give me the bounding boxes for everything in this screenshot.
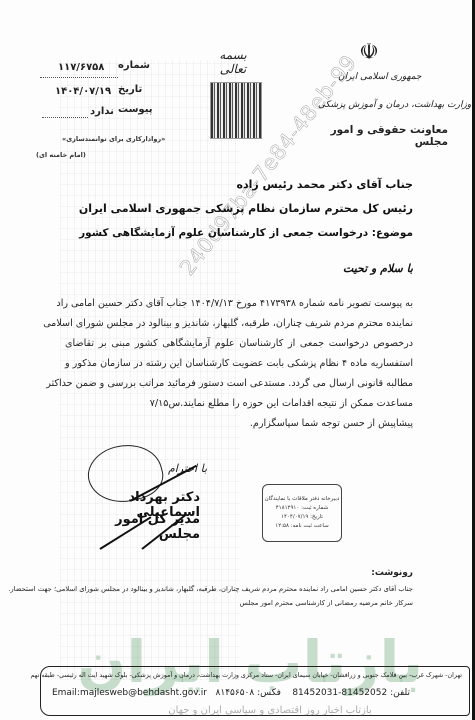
cc-line: جناب آقای دکتر حسین امامی راد نماینده مح… [8,585,413,593]
slogan: «روادارکاری برای توانمندسازی» [62,135,165,143]
letter-body: به پیوست تصویر نامه شماره ۴۱۷۳۹۳۸ مورخ ۱… [65,294,413,394]
slogan-attribution: (امام خامنه ای) [36,151,86,159]
stamp-line: تاریخ: ۱۴۰۴/۰۷/۱۹ [263,513,341,522]
ministry-name: وزارت بهداشت، درمان و آموزش پزشکی [318,100,471,110]
greeting: با سلام و تحیت [53,262,413,275]
body-line: به پیوست تصویر نامه شماره ۴۱۷۳۹۳۸ مورخ ۱… [65,294,413,314]
cc-line: سرکار خانم مرضیه رمضانی از کارشناسی محتر… [239,599,413,607]
site-watermark-tagline: بازتاب اخبار روز اقتصادی و سیاسی ایران و… [140,705,400,716]
body-closing-line: پیشاپیش از حسن توجه شما سپاسگزارم. [250,418,413,429]
footer-contact: تلفن: 81452031-81452052 فکس: ۸۱۴۵۶۵۰۸ Em… [100,688,410,698]
attachment-value: ندارد [90,106,114,117]
fax-label: فکس: [257,688,281,698]
qr-code [210,82,262,139]
body-line: مطالبه قانونی ارسال می گردد. مستدعی است … [65,374,413,394]
date-label: تاریخ [118,84,142,95]
footer-address: تهران- شهرک غرب- بین فلامک جنوبی و زرافش… [48,672,462,679]
bismillah: بسمه تعالی [208,48,258,76]
email-link[interactable]: Email:majlesweb@behdasht.gov.ir [52,688,207,698]
letter-number: ۱۱۷/۶۷۵۸ [58,62,104,73]
body-line: استفساریه ماده ۴ نظام پزشکی بابت عضویت ک… [65,354,413,374]
body-line: مساعدت ممکن از نتیجه اقدامات این حوزه را… [150,398,413,409]
stamp-line: ساعت ثبت نامه: ۱۲:۵۸ [263,522,341,531]
letter-page: بازتاب ایران ☫ جمهوری اسلامی ایران وزارت… [0,0,475,720]
stamp-line: شماره ثبت: ۴۱۸۱۲۹۱۰ [263,504,341,513]
phone-numbers: 81452031-81452052 [292,688,387,698]
dotted-line [40,77,118,78]
cc-heading: رونوشت: [371,568,413,578]
registration-stamp: دبیرخانه دفتر ملاقات با نمایندگان شماره … [262,484,342,542]
body-line: نماینده محترم مردم شریف چناران، طرقبه، گ… [65,314,413,334]
dotted-line [42,117,88,118]
body-line: درخصوص درخواست جمعی از کارشناسان علوم آز… [65,334,413,354]
letter-date: ۱۴۰۴/۰۷/۱۹ [55,86,111,97]
fax-number: ۸۱۴۵۶۵۰۸ [216,688,255,698]
phone-label: تلفن: [390,688,410,698]
attachment-label: پیوست [118,104,153,115]
number-label: شماره [118,60,150,71]
stamp-line: دبیرخانه دفتر ملاقات با نمایندگان [263,495,341,504]
department-name: معاونت حقوقی و امور مجلس [318,124,448,148]
